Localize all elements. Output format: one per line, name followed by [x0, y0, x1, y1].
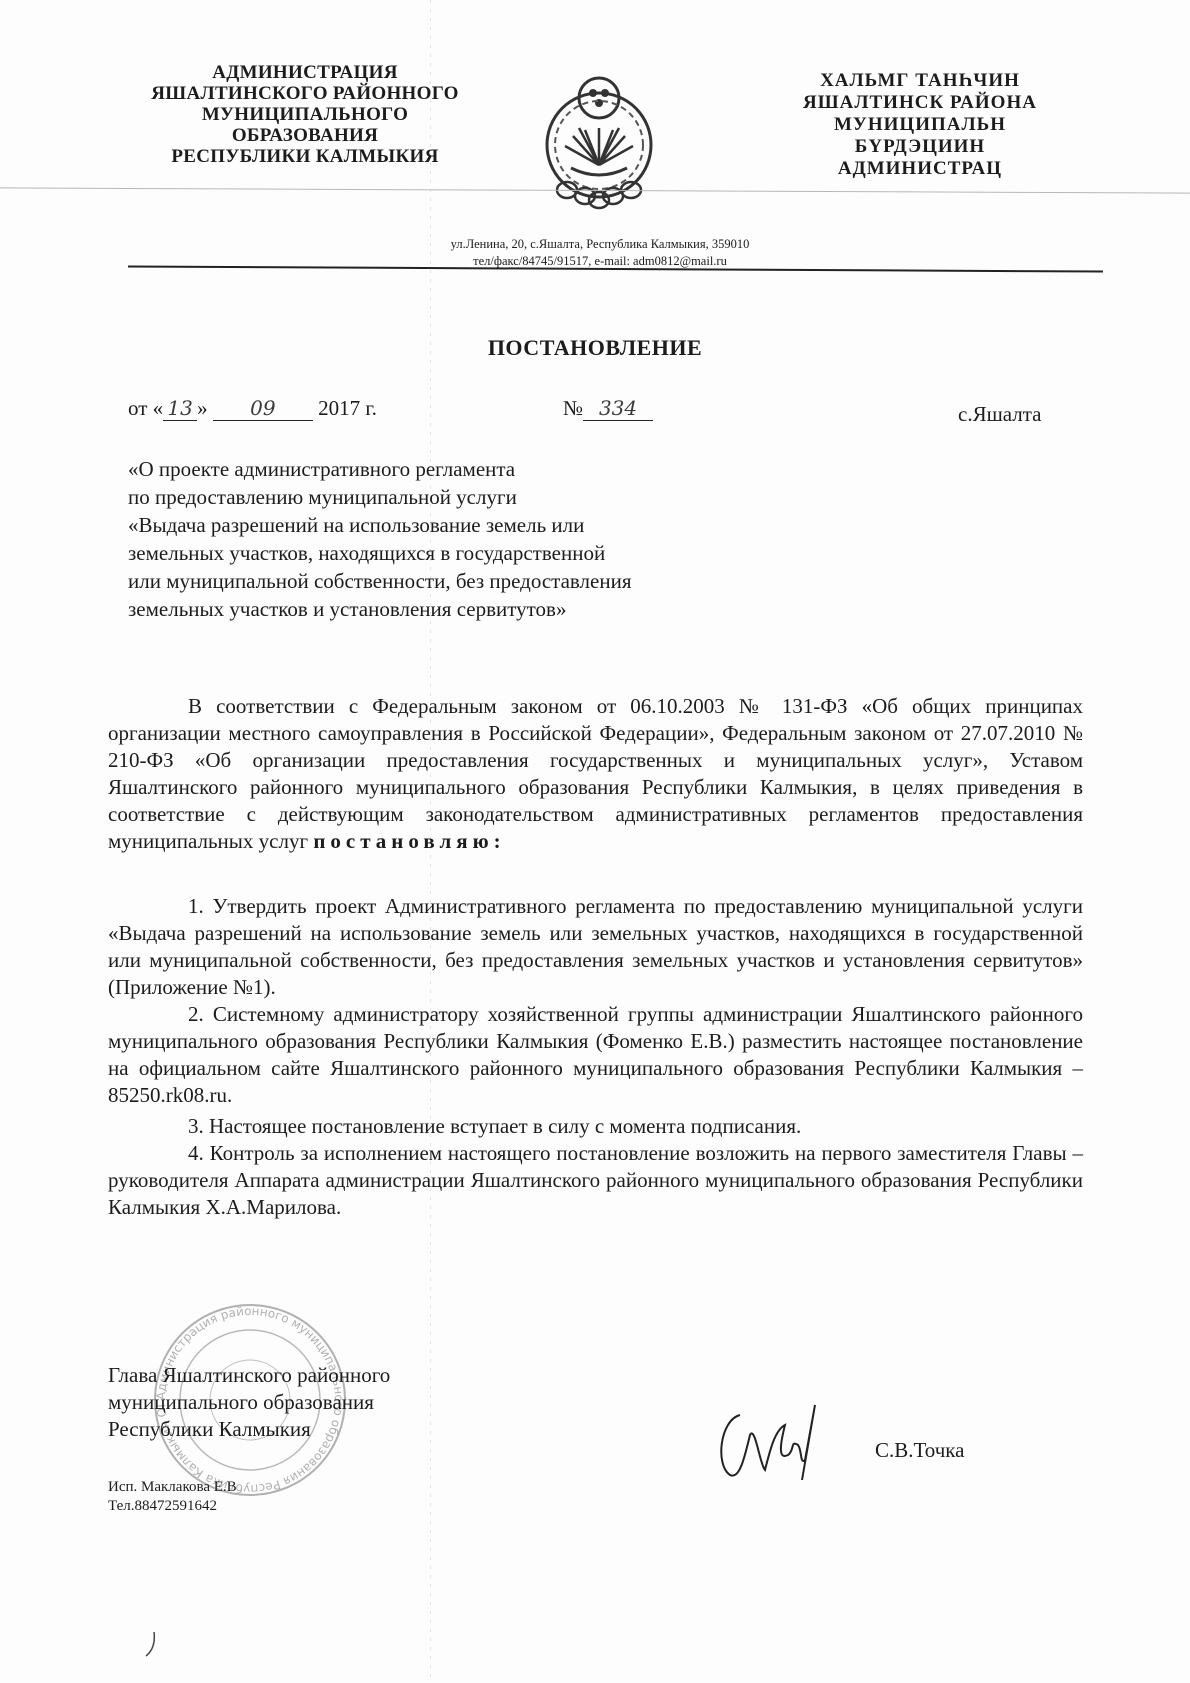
header-right-org-name-kalmyk: ХАЛЬМГ ТАНҺЧИН ЯШАЛТИНСК РАЙОНА МУНИЦИПА… [770, 70, 1070, 180]
subject-line: или муниципальной собственности, без пре… [128, 567, 768, 595]
executor-phone: Тел.88472591642 [108, 1497, 237, 1516]
date-mid: » [197, 396, 208, 420]
document-date: от «13» 09 2017 г. [128, 396, 377, 421]
date-month: 09 [213, 396, 313, 421]
subject-line: «Выдача разрешений на использование земе… [128, 511, 768, 539]
subject-line: земельных участков, находящихся в госуда… [128, 539, 768, 567]
signer-position: Глава Яшалтинского районного муниципальн… [108, 1362, 390, 1443]
header-left-line: РЕСПУБЛИКИ КАЛМЫКИЯ [135, 146, 475, 167]
decree-item-2: 2. Системному администратору хозяйственн… [108, 1001, 1083, 1109]
header-right-line: ХАЛЬМГ ТАНҺЧИН [770, 70, 1070, 92]
header-left-line: ЯШАЛТИНСКОГО РАЙОННОГО [135, 83, 475, 104]
document-type-title: ПОСТАНОВЛЕНИЕ [0, 335, 1190, 361]
preamble-text: В соответствии с Федеральным законом от … [108, 694, 1083, 853]
decree-word: постановляю: [313, 829, 505, 853]
date-prefix: от « [128, 396, 163, 420]
signer-position-line: Глава Яшалтинского районного [108, 1362, 390, 1389]
header-right-line: МУНИЦИПАЛЬН [770, 114, 1070, 136]
header-left-line: МУНИЦИПАЛЬНОГО [135, 104, 475, 125]
subject-line: «О проекте административного регламента [128, 455, 768, 483]
scan-artifact-mark [142, 1630, 162, 1660]
subject-line: земельных участков и установления сервит… [128, 595, 768, 623]
executor-info: Исп. Маклакова Е.В Тел.88472591642 [108, 1478, 237, 1516]
address-block: ул.Ленина, 20, с.Яшалта, Республика Калм… [400, 236, 800, 270]
number-value: 334 [583, 396, 653, 421]
executor-name: Исп. Маклакова Е.В [108, 1478, 237, 1497]
header-right-line: АДМИНИСТРАЦ [770, 158, 1070, 180]
date-year: 2017 г. [318, 396, 377, 420]
preamble: В соответствии с Федеральным законом от … [108, 693, 1083, 855]
decree-items: 1. Утвердить проект Административного ре… [108, 893, 1083, 1221]
number-prefix: № [563, 396, 583, 420]
document-place: с.Яшалта [958, 402, 1042, 427]
document-subject: «О проекте административного регламента … [128, 455, 768, 623]
date-day: 13 [163, 396, 197, 421]
header-right-line: БҮРДЭЦИИН [770, 136, 1070, 158]
decree-item-4: 4. Контроль за исполнением настоящего по… [108, 1140, 1083, 1221]
header-left-line: АДМИНИСТРАЦИЯ [135, 62, 475, 83]
subject-line: по предоставлению муниципальной услуги [128, 483, 768, 511]
header-left-line: ОБРАЗОВАНИЯ [135, 125, 475, 146]
handwritten-signature [710, 1395, 830, 1485]
signer-position-line: Республики Калмыкия [108, 1416, 390, 1443]
address-line: ул.Ленина, 20, с.Яшалта, Республика Калм… [400, 236, 800, 253]
document-number: №334 [563, 396, 653, 421]
header-right-line: ЯШАЛТИНСК РАЙОНА [770, 92, 1070, 114]
decree-item-3: 3. Настоящее постановление вступает в си… [108, 1113, 1083, 1140]
signer-name: С.В.Точка [875, 1438, 965, 1463]
signer-position-line: муниципального образования [108, 1389, 390, 1416]
header-left-org-name: АДМИНИСТРАЦИЯ ЯШАЛТИНСКОГО РАЙОННОГО МУН… [135, 62, 475, 167]
decree-item-1: 1. Утвердить проект Административного ре… [108, 893, 1083, 1001]
